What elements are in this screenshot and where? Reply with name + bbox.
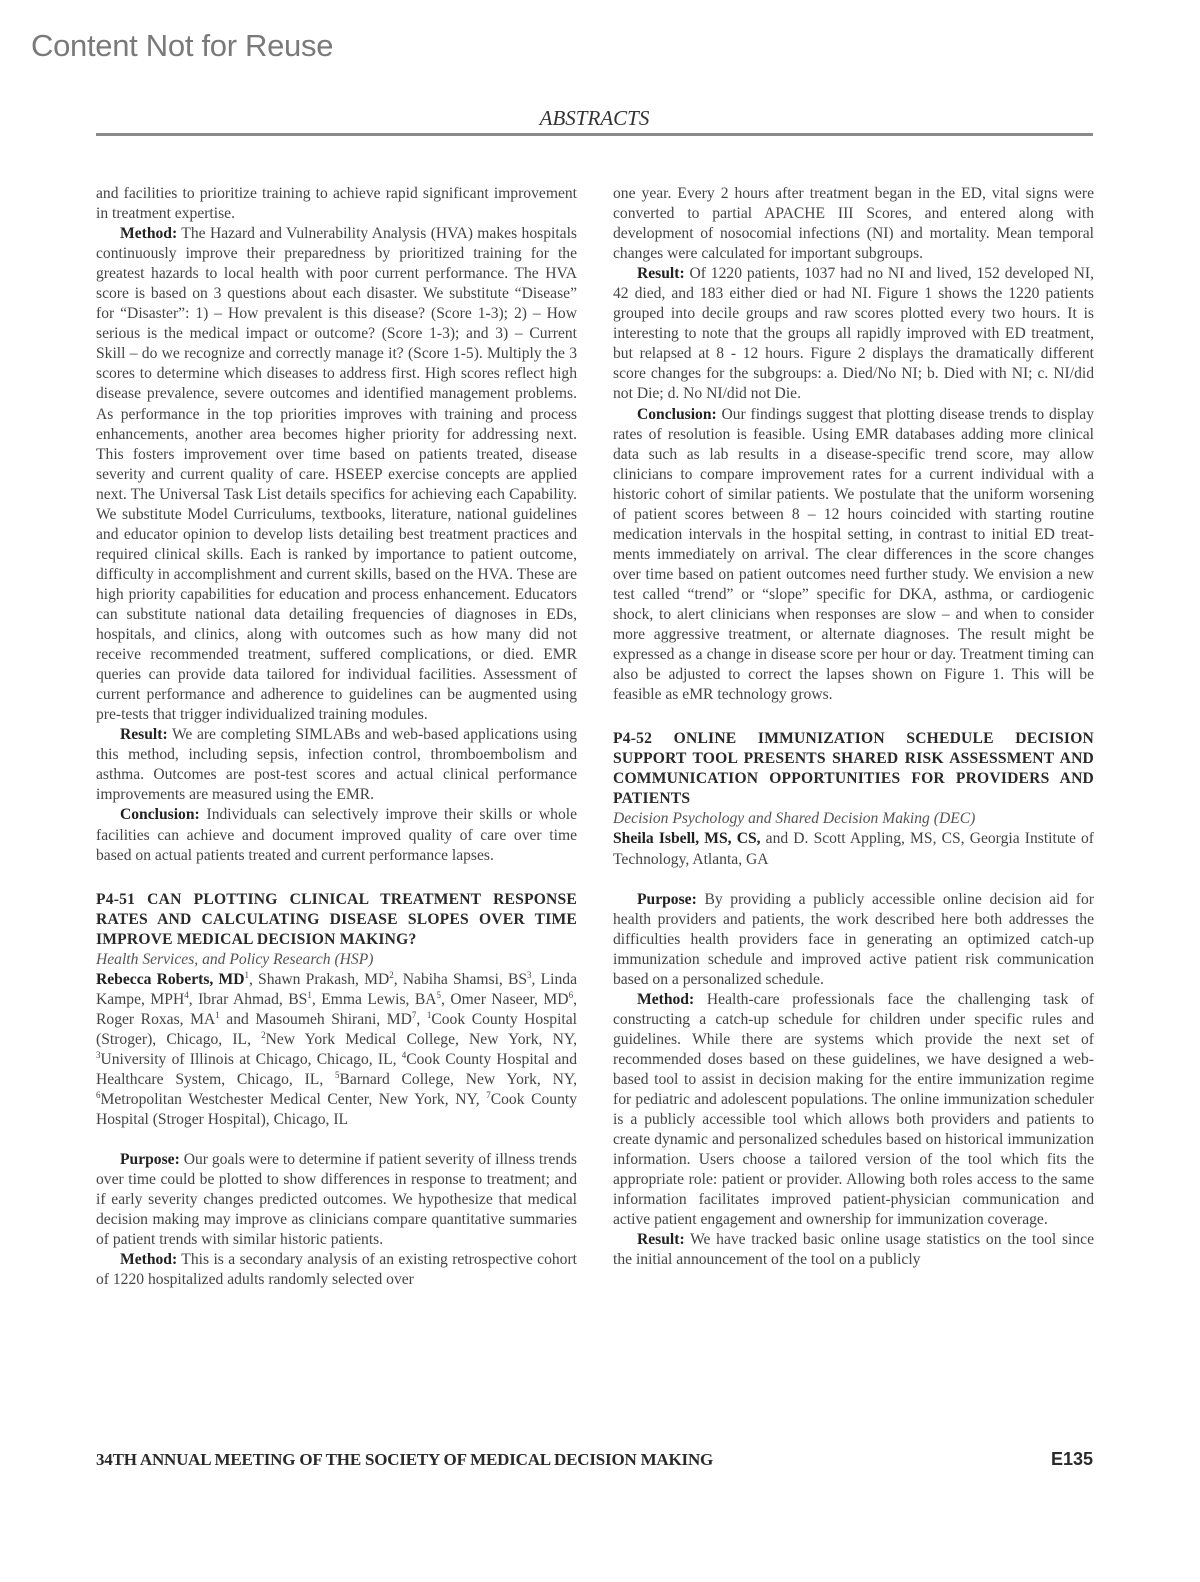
continued-paragraph: and facilities to prioritize training to…: [96, 184, 577, 224]
method-paragraph: Method: The Hazard and Vulnerability Ana…: [96, 224, 577, 725]
result-text: Of 1220 patients, 1037 had no NI and liv…: [613, 265, 1094, 402]
section-gap: [96, 866, 577, 890]
conclusion-paragraph: Conclusion: Our findings suggest that pl…: [613, 405, 1094, 706]
page-number: E135: [1051, 1449, 1093, 1470]
author: , Omer Naseer, MD: [441, 991, 569, 1008]
affiliation: University of Illinois at Chicago, Chica…: [101, 1051, 402, 1068]
section-gap: [96, 1130, 577, 1150]
footer-journal: 34TH ANNUAL MEETING OF THE SOCIETY OF ME…: [96, 1450, 713, 1470]
method-text: The Hazard and Vulnerability Analysis (H…: [96, 225, 577, 723]
author-list: Sheila Isbell, MS, CS, and D. Scott Appl…: [613, 829, 1094, 869]
lead-author: Rebecca Roberts, MD: [96, 971, 244, 988]
right-column: one year. Every 2 hours after treatment …: [613, 184, 1094, 1270]
author-list: Rebecca Roberts, MD1, Shawn Prakash, MD2…: [96, 970, 577, 1130]
abstract-category: Health Services, and Policy Research (HS…: [96, 950, 577, 970]
result-paragraph: Result: We are completing SIMLABs and we…: [96, 725, 577, 805]
conclusion-label: Conclusion:: [637, 406, 717, 423]
method-paragraph: Method: Health-care professionals face t…: [613, 990, 1094, 1231]
author: and Masoumeh Shirani, MD: [220, 1011, 412, 1028]
purpose-label: Purpose:: [637, 891, 697, 908]
abstract-category: Decision Psychology and Shared Decision …: [613, 809, 1094, 829]
running-head: ABSTRACTS: [96, 106, 1093, 131]
author: , Emma Lewis, BA: [312, 991, 437, 1008]
affiliation: New York Medical College, New York, NY,: [266, 1031, 577, 1048]
method-label: Method:: [120, 1251, 177, 1268]
result-label: Result:: [637, 1231, 685, 1248]
purpose-label: Purpose:: [120, 1151, 180, 1168]
section-gap: [613, 705, 1094, 729]
result-text: We have tracked basic online usage stati…: [613, 1231, 1094, 1268]
separator: ,: [416, 1011, 426, 1028]
lead-author: Sheila Isbell, MS, CS,: [613, 830, 761, 847]
left-column: and facilities to prioritize training to…: [96, 184, 577, 1290]
affiliation: Barnard College, New York, NY,: [340, 1071, 577, 1088]
method-label: Method:: [637, 991, 694, 1008]
result-paragraph: Result: Of 1220 patients, 1037 had no NI…: [613, 264, 1094, 404]
method-text: Health-care professionals face the chall…: [613, 991, 1094, 1229]
watermark: Content Not for Reuse: [31, 28, 333, 64]
continued-paragraph: one year. Every 2 hours after treatment …: [613, 184, 1094, 264]
section-gap: [613, 870, 1094, 890]
conclusion-paragraph: Conclusion: Individuals can selectively …: [96, 805, 577, 865]
abstract-title-p4-51: P4-51 CAN PLOTTING CLINICAL TREATMENT RE…: [96, 890, 577, 950]
conclusion-label: Conclusion:: [120, 806, 200, 823]
result-label: Result:: [120, 726, 168, 743]
author: , Nabiha Shamsi, BS: [394, 971, 527, 988]
purpose-paragraph: Purpose: By providing a publicly accessi…: [613, 890, 1094, 990]
result-text: We are completing SIMLABs and web-based …: [96, 726, 577, 803]
method-label: Method:: [120, 225, 177, 242]
result-label: Result:: [637, 265, 685, 282]
author: , Shawn Prakash, MD: [249, 971, 389, 988]
abstract-title-p4-52: P4-52 ONLINE IMMUNIZATION SCHEDULE DECIS…: [613, 729, 1094, 809]
result-paragraph: Result: We have tracked basic online usa…: [613, 1230, 1094, 1270]
header-rule: [96, 133, 1093, 136]
method-paragraph: Method: This is a secondary analysis of …: [96, 1250, 577, 1290]
author: , Ibrar Ahmad, BS: [189, 991, 308, 1008]
conclusion-text: Our findings suggest that plotting disea…: [613, 406, 1094, 704]
affiliation: Metropolitan Westchester Medical Center,…: [101, 1091, 487, 1108]
purpose-paragraph: Purpose: Our goals were to determine if …: [96, 1150, 577, 1250]
